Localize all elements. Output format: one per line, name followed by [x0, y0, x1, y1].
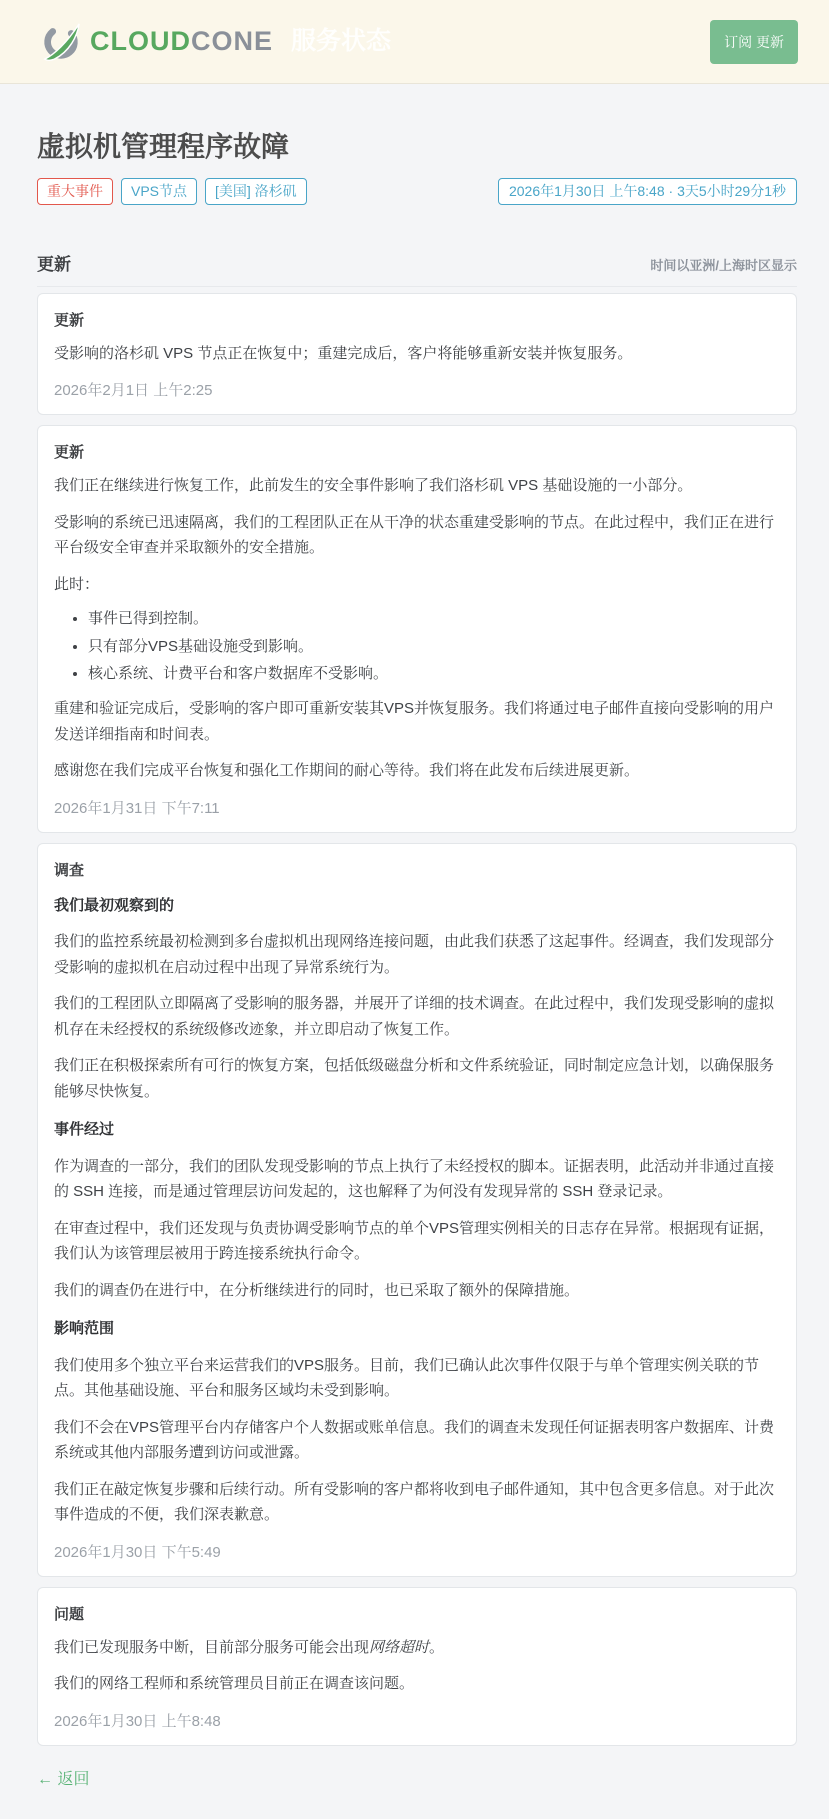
incident-badge: [美国] 洛杉矶	[205, 178, 307, 205]
update-paragraph: 作为调查的一部分，我们的团队发现受影响的节点上执行了未经授权的脚本。证据表明，此…	[54, 1154, 780, 1205]
subscribe-updates-button[interactable]: 订阅 更新	[710, 20, 798, 64]
incident-badge: 重大事件	[37, 178, 113, 205]
update-paragraph: 在审查过程中，我们还发现与负责协调受影响节点的单个VPS管理实例相关的日志存在异…	[54, 1216, 780, 1267]
update-bullet-list: 事件已得到控制。只有部分VPS基础设施受到影响。核心系统、计费平台和客户数据库不…	[54, 607, 780, 685]
brand-name: CLOUDCONE	[90, 28, 273, 55]
update-card-label: 更新	[54, 309, 780, 330]
update-paragraph: 我们使用多个独立平台来运营我们的VPS服务。目前，我们已确认此次事件仅限于与单个…	[54, 1353, 780, 1404]
update-subheading: 我们最初观察到的	[54, 893, 780, 919]
update-paragraph: 受影响的洛杉矶 VPS 节点正在恢复中；重建完成后，客户将能够重新安装并恢复服务…	[54, 341, 780, 367]
update-paragraph: 我们的工程团队立即隔离了受影响的服务器，并展开了详细的技术调查。在此过程中，我们…	[54, 991, 780, 1042]
update-paragraph: 重建和验证完成后，受影响的客户即可重新安装其VPS并恢复服务。我们将通过电子邮件…	[54, 696, 780, 747]
cloudcone-logo[interactable]: CLOUDCONE 服务状态	[40, 21, 391, 63]
update-paragraph: 我们的网络工程师和系统管理员目前正在调查该问题。	[54, 1671, 780, 1697]
update-paragraph: 此时：	[54, 572, 780, 598]
update-subheading: 影响范围	[54, 1316, 780, 1342]
update-card-label: 调查	[54, 859, 780, 880]
update-timestamp: 2026年1月30日 下午5:49	[54, 1541, 780, 1562]
update-bullet-item: 只有部分VPS基础设施受到影响。	[88, 635, 780, 658]
brand-cloud: CLOUD	[90, 26, 191, 56]
update-timestamp: 2026年1月31日 下午7:11	[54, 797, 780, 818]
update-card: 更新我们正在继续进行恢复工作，此前发生的安全事件影响了我们洛杉矶 VPS 基础设…	[37, 425, 797, 832]
update-paragraph: 我们的调查仍在进行中，在分析继续进行的同时，也已采取了额外的保障措施。	[54, 1278, 780, 1304]
update-paragraph: 我们已发现服务中断，目前部分服务可能会出现网络超时。	[54, 1635, 780, 1661]
update-card-label: 问题	[54, 1603, 780, 1624]
update-bullet-item: 核心系统、计费平台和客户数据库不受影响。	[88, 662, 780, 685]
update-subheading: 事件经过	[54, 1117, 780, 1143]
update-paragraph: 感谢您在我们完成平台恢复和强化工作期间的耐心等待。我们将在此发布后续进展更新。	[54, 758, 780, 784]
back-link[interactable]: ← 返回	[37, 1766, 89, 1789]
update-paragraph: 受影响的系统已迅速隔离，我们的工程团队正在从干净的状态重建受影响的节点。在此过程…	[54, 510, 780, 561]
update-timestamp: 2026年2月1日 上午2:25	[54, 379, 780, 400]
update-paragraph: 我们正在继续进行恢复工作，此前发生的安全事件影响了我们洛杉矶 VPS 基础设施的…	[54, 473, 780, 499]
cloudcone-swoosh-icon	[40, 21, 90, 63]
incident-page: 虚拟机管理程序故障 重大事件VPS节点[美国] 洛杉矶 2026年1月30日 上…	[37, 84, 797, 1819]
update-card: 问题我们已发现服务中断，目前部分服务可能会出现网络超时。我们的网络工程师和系统管…	[37, 1587, 797, 1746]
incident-meta-row: 重大事件VPS节点[美国] 洛杉矶 2026年1月30日 上午8:48 · 3天…	[37, 178, 797, 205]
timezone-note: 时间以亚洲/上海时区显示	[650, 255, 797, 274]
update-cards-list: 更新受影响的洛杉矶 VPS 节点正在恢复中；重建完成后，客户将能够重新安装并恢复…	[37, 293, 797, 1746]
header: CLOUDCONE 服务状态 订阅 更新	[0, 0, 829, 84]
incident-badge: VPS节点	[121, 178, 197, 205]
updates-section-title: 更新	[37, 250, 71, 275]
update-card: 更新受影响的洛杉矶 VPS 节点正在恢复中；重建完成后，客户将能够重新安装并恢复…	[37, 293, 797, 416]
updates-section-header: 更新 时间以亚洲/上海时区显示	[37, 250, 797, 287]
update-paragraph: 我们不会在VPS管理平台内存储客户个人数据或账单信息。我们的调查未发现任何证据表…	[54, 1415, 780, 1466]
update-bullet-item: 事件已得到控制。	[88, 607, 780, 630]
brand-subtitle: 服务状态	[291, 29, 391, 54]
update-card: 调查我们最初观察到的我们的监控系统最初检测到多台虚拟机出现网络连接问题，由此我们…	[37, 843, 797, 1577]
update-paragraph: 我们正在敲定恢复步骤和后续行动。所有受影响的客户都将收到电子邮件通知，其中包含更…	[54, 1477, 780, 1528]
update-timestamp: 2026年1月30日 上午8:48	[54, 1710, 780, 1731]
update-paragraph: 我们正在积极探索所有可行的恢复方案，包括低级磁盘分析和文件系统验证，同时制定应急…	[54, 1053, 780, 1104]
incident-badges: 重大事件VPS节点[美国] 洛杉矶	[37, 178, 307, 205]
brand-cone: CONE	[191, 26, 273, 56]
update-card-label: 更新	[54, 441, 780, 462]
incident-datetime-badge: 2026年1月30日 上午8:48 · 3天5小时29分1秒	[498, 178, 797, 205]
incident-title: 虚拟机管理程序故障	[37, 131, 797, 163]
update-paragraph: 我们的监控系统最初检测到多台虚拟机出现网络连接问题，由此我们获悉了这起事件。经调…	[54, 929, 780, 980]
